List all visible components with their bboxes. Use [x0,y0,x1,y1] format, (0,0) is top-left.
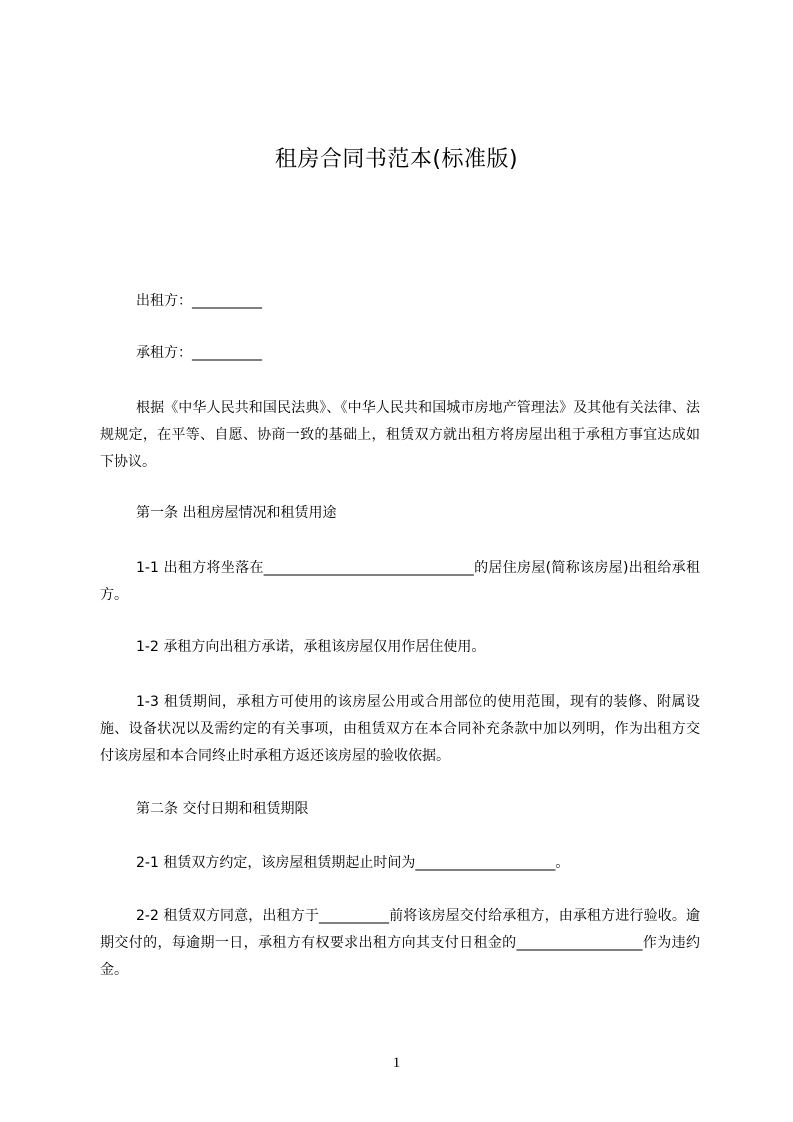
page-number: 1 [0,1055,793,1072]
document-page: 租房合同书范本(标准版) 出租方：__________ 承租方：________… [0,0,793,1122]
lessee-line: 承租方：__________ [100,340,700,367]
lessor-line: 出租方：__________ [100,288,700,315]
clause-2-2: 2-2 租赁双方同意，出租方于__________前将该房屋交付给承租方，由承租… [100,903,700,984]
clause-1-3: 1-3 租赁期间，承租方可使用的该房屋公用或合用部位的使用范围，现有的装修、附属… [100,689,700,770]
article-1-heading: 第一条 出租房屋情况和租赁用途 [100,500,700,527]
clause-1-2: 1-2 承租方向出租方承诺，承租该房屋仅用作居住使用。 [100,634,700,661]
clause-2-1: 2-1 租赁双方约定，该房屋租赁期起止时间为__________________… [100,850,700,877]
clause-1-1: 1-1 出租方将坐落在_____________________________… [100,555,700,609]
document-title: 租房合同书范本(标准版) [0,142,793,173]
preamble-paragraph: 根据《中华人民共和国民法典》、《中华人民共和国城市房地产管理法》及其他有关法律、… [100,395,700,476]
article-2-heading: 第二条 交付日期和租赁期限 [100,796,700,823]
